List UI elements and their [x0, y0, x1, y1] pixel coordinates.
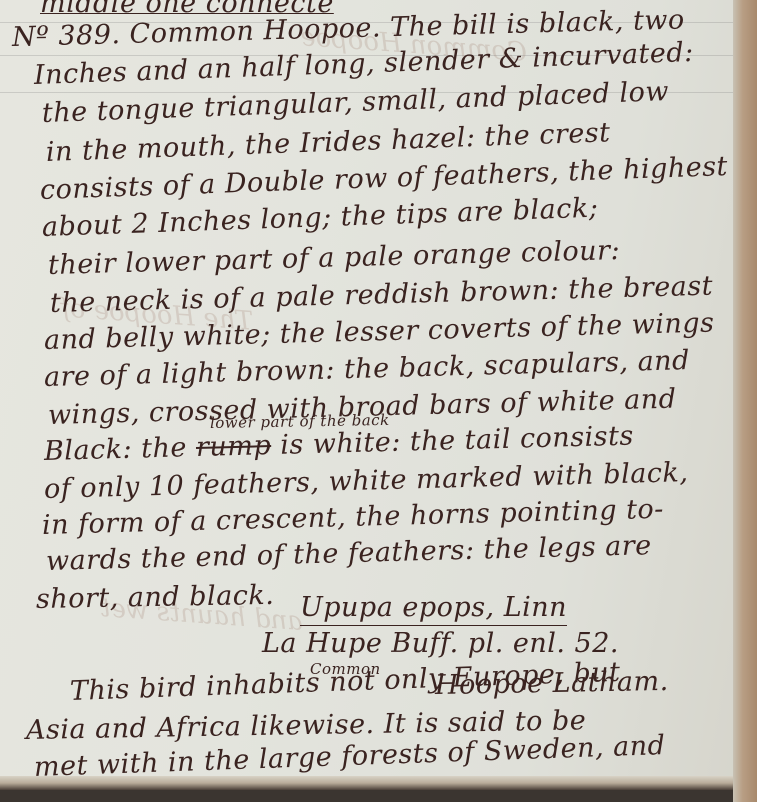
linnaean-name: Upupa epops, Linn [300, 592, 567, 626]
entry-text: Black: the [44, 432, 197, 467]
struck-word: rump [196, 430, 272, 463]
entry-line: their lower part of a pale orange colour… [48, 235, 621, 281]
buffon-reference: La Hupe Buff. pl. enl. 52. [262, 628, 619, 659]
entry-line: short, and black. [36, 580, 275, 615]
entry-text: The bill is black, two [390, 4, 685, 43]
entry-number: Nº 389. [12, 19, 121, 53]
entry-common-name: Common Hoopoe. [129, 12, 381, 50]
manuscript-page: Common Hoopoe The Hoopoe of and haunts w… [0, 0, 738, 790]
page-bottom-edge [0, 776, 738, 790]
page-right-edge [733, 0, 757, 802]
